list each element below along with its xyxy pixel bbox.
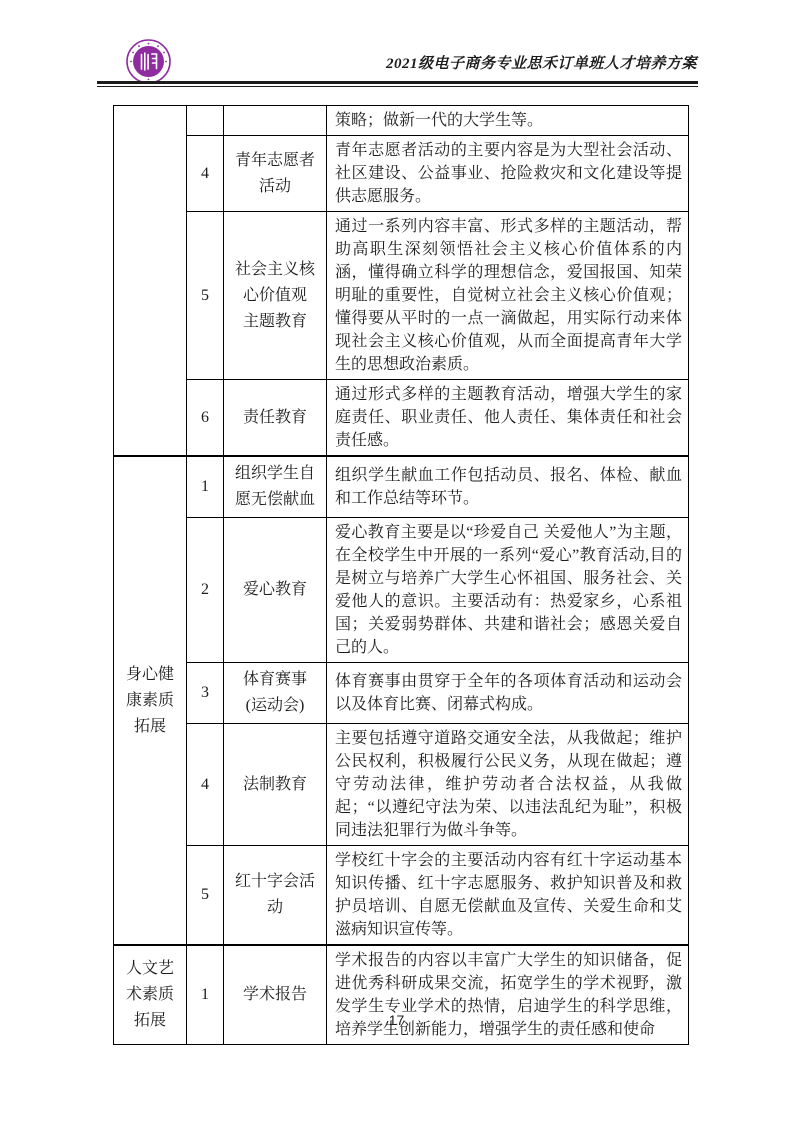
- activity-name-cell: [224, 106, 327, 136]
- row-number-cell: 5: [187, 846, 224, 946]
- activity-name-cell: 组织学生自 愿无偿献血: [224, 456, 327, 518]
- activity-desc-cell: 青年志愿者活动的主要内容是为大型社会活动、社区建设、公益事业、抢险救灾和文化建设…: [327, 136, 689, 212]
- activity-desc-cell: 策略；做新一代的大学生等。: [327, 106, 689, 136]
- table-row: 身心健康素质拓展1组织学生自 愿无偿献血组织学生献血工作包括动员、报名、体检、献…: [114, 456, 689, 518]
- activity-name-cell: 青年志愿者 活动: [224, 136, 327, 212]
- activity-name-cell: 法制教育: [224, 724, 327, 846]
- activities-table: 策略；做新一代的大学生等。4青年志愿者 活动青年志愿者活动的主要内容是为大型社会…: [113, 105, 689, 1045]
- activity-name-cell: 责任教育: [224, 380, 327, 457]
- activity-desc-cell: 通过一系列内容丰富、形式多样的主题活动，帮助高职生深刻领悟社会主义核心价值体系的…: [327, 212, 689, 380]
- activity-desc-cell: 体育赛事由贯穿于全年的各项体育活动和运动会以及体育比赛、闭幕式构成。: [327, 663, 689, 724]
- activity-name-cell: 社会主义核 心价值观 主题教育: [224, 212, 327, 380]
- page-number: 17: [389, 1012, 405, 1028]
- category-cell: [114, 106, 187, 457]
- table-row: 人文艺术素质拓展1学术报告学术报告的内容以丰富广大学生的知识储备，促进优秀科研成…: [114, 945, 689, 1045]
- activity-desc-cell: 学术报告的内容以丰富广大学生的知识储备，促进优秀科研成果交流，拓宽学生的学术视野…: [327, 945, 689, 1045]
- school-logo-icon: [126, 39, 171, 84]
- row-number-cell: 4: [187, 136, 224, 212]
- row-number-cell: 3: [187, 663, 224, 724]
- activity-desc-cell: 组织学生献血工作包括动员、报名、体检、献血和工作总结等环节。: [327, 456, 689, 518]
- table-row: 4法制教育主要包括遵守道路交通安全法，从我做起；维护公民权利，积极履行公民义务，…: [114, 724, 689, 846]
- row-number-cell: 6: [187, 380, 224, 457]
- activity-name-cell: 红十字会活 动: [224, 846, 327, 946]
- row-number-cell: [187, 106, 224, 136]
- document-page: 2021级电子商务专业思禾订单班人才培养方案 策略；做新一代的大学生等。4青年志…: [0, 0, 793, 1122]
- activity-desc-cell: 学校红十字会的主要活动内容有红十字运动基本知识传播、红十字志愿服务、救护知识普及…: [327, 846, 689, 946]
- table-row: 5社会主义核 心价值观 主题教育通过一系列内容丰富、形式多样的主题活动，帮助高职…: [114, 212, 689, 380]
- document-title: 2021级电子商务专业思禾订单班人才培养方案: [386, 52, 697, 73]
- activity-name-cell: 爱心教育: [224, 518, 327, 663]
- activity-name-cell: 学术报告: [224, 945, 327, 1045]
- category-cell: 人文艺术素质拓展: [114, 945, 187, 1045]
- row-number-cell: 4: [187, 724, 224, 846]
- header-rule: [97, 81, 698, 87]
- table-row: 3体育赛事 (运动会)体育赛事由贯穿于全年的各项体育活动和运动会以及体育比赛、闭…: [114, 663, 689, 724]
- activity-name-cell: 体育赛事 (运动会): [224, 663, 327, 724]
- category-cell: 身心健康素质拓展: [114, 456, 187, 945]
- activity-desc-cell: 通过形式多样的主题教育活动，增强大学生的家庭责任、职业责任、他人责任、集体责任和…: [327, 380, 689, 457]
- table-row: 2爱心教育爱心教育主要是以“珍爱自己 关爱他人”为主题，在全校学生中开展的一系列…: [114, 518, 689, 663]
- activities-table-body: 策略；做新一代的大学生等。4青年志愿者 活动青年志愿者活动的主要内容是为大型社会…: [114, 106, 689, 1045]
- row-number-cell: 1: [187, 456, 224, 518]
- row-number-cell: 1: [187, 945, 224, 1045]
- table-row: 5红十字会活 动学校红十字会的主要活动内容有红十字运动基本知识传播、红十字志愿服…: [114, 846, 689, 946]
- table-row: 6责任教育通过形式多样的主题教育活动，增强大学生的家庭责任、职业责任、他人责任、…: [114, 380, 689, 457]
- activity-desc-cell: 爱心教育主要是以“珍爱自己 关爱他人”为主题，在全校学生中开展的一系列“爱心”教…: [327, 518, 689, 663]
- row-number-cell: 5: [187, 212, 224, 380]
- row-number-cell: 2: [187, 518, 224, 663]
- page-footer: 17: [0, 1012, 793, 1028]
- table-row: 策略；做新一代的大学生等。: [114, 106, 689, 136]
- activity-desc-cell: 主要包括遵守道路交通安全法，从我做起；维护公民权利，积极履行公民义务，从现在做起…: [327, 724, 689, 846]
- table-row: 4青年志愿者 活动青年志愿者活动的主要内容是为大型社会活动、社区建设、公益事业、…: [114, 136, 689, 212]
